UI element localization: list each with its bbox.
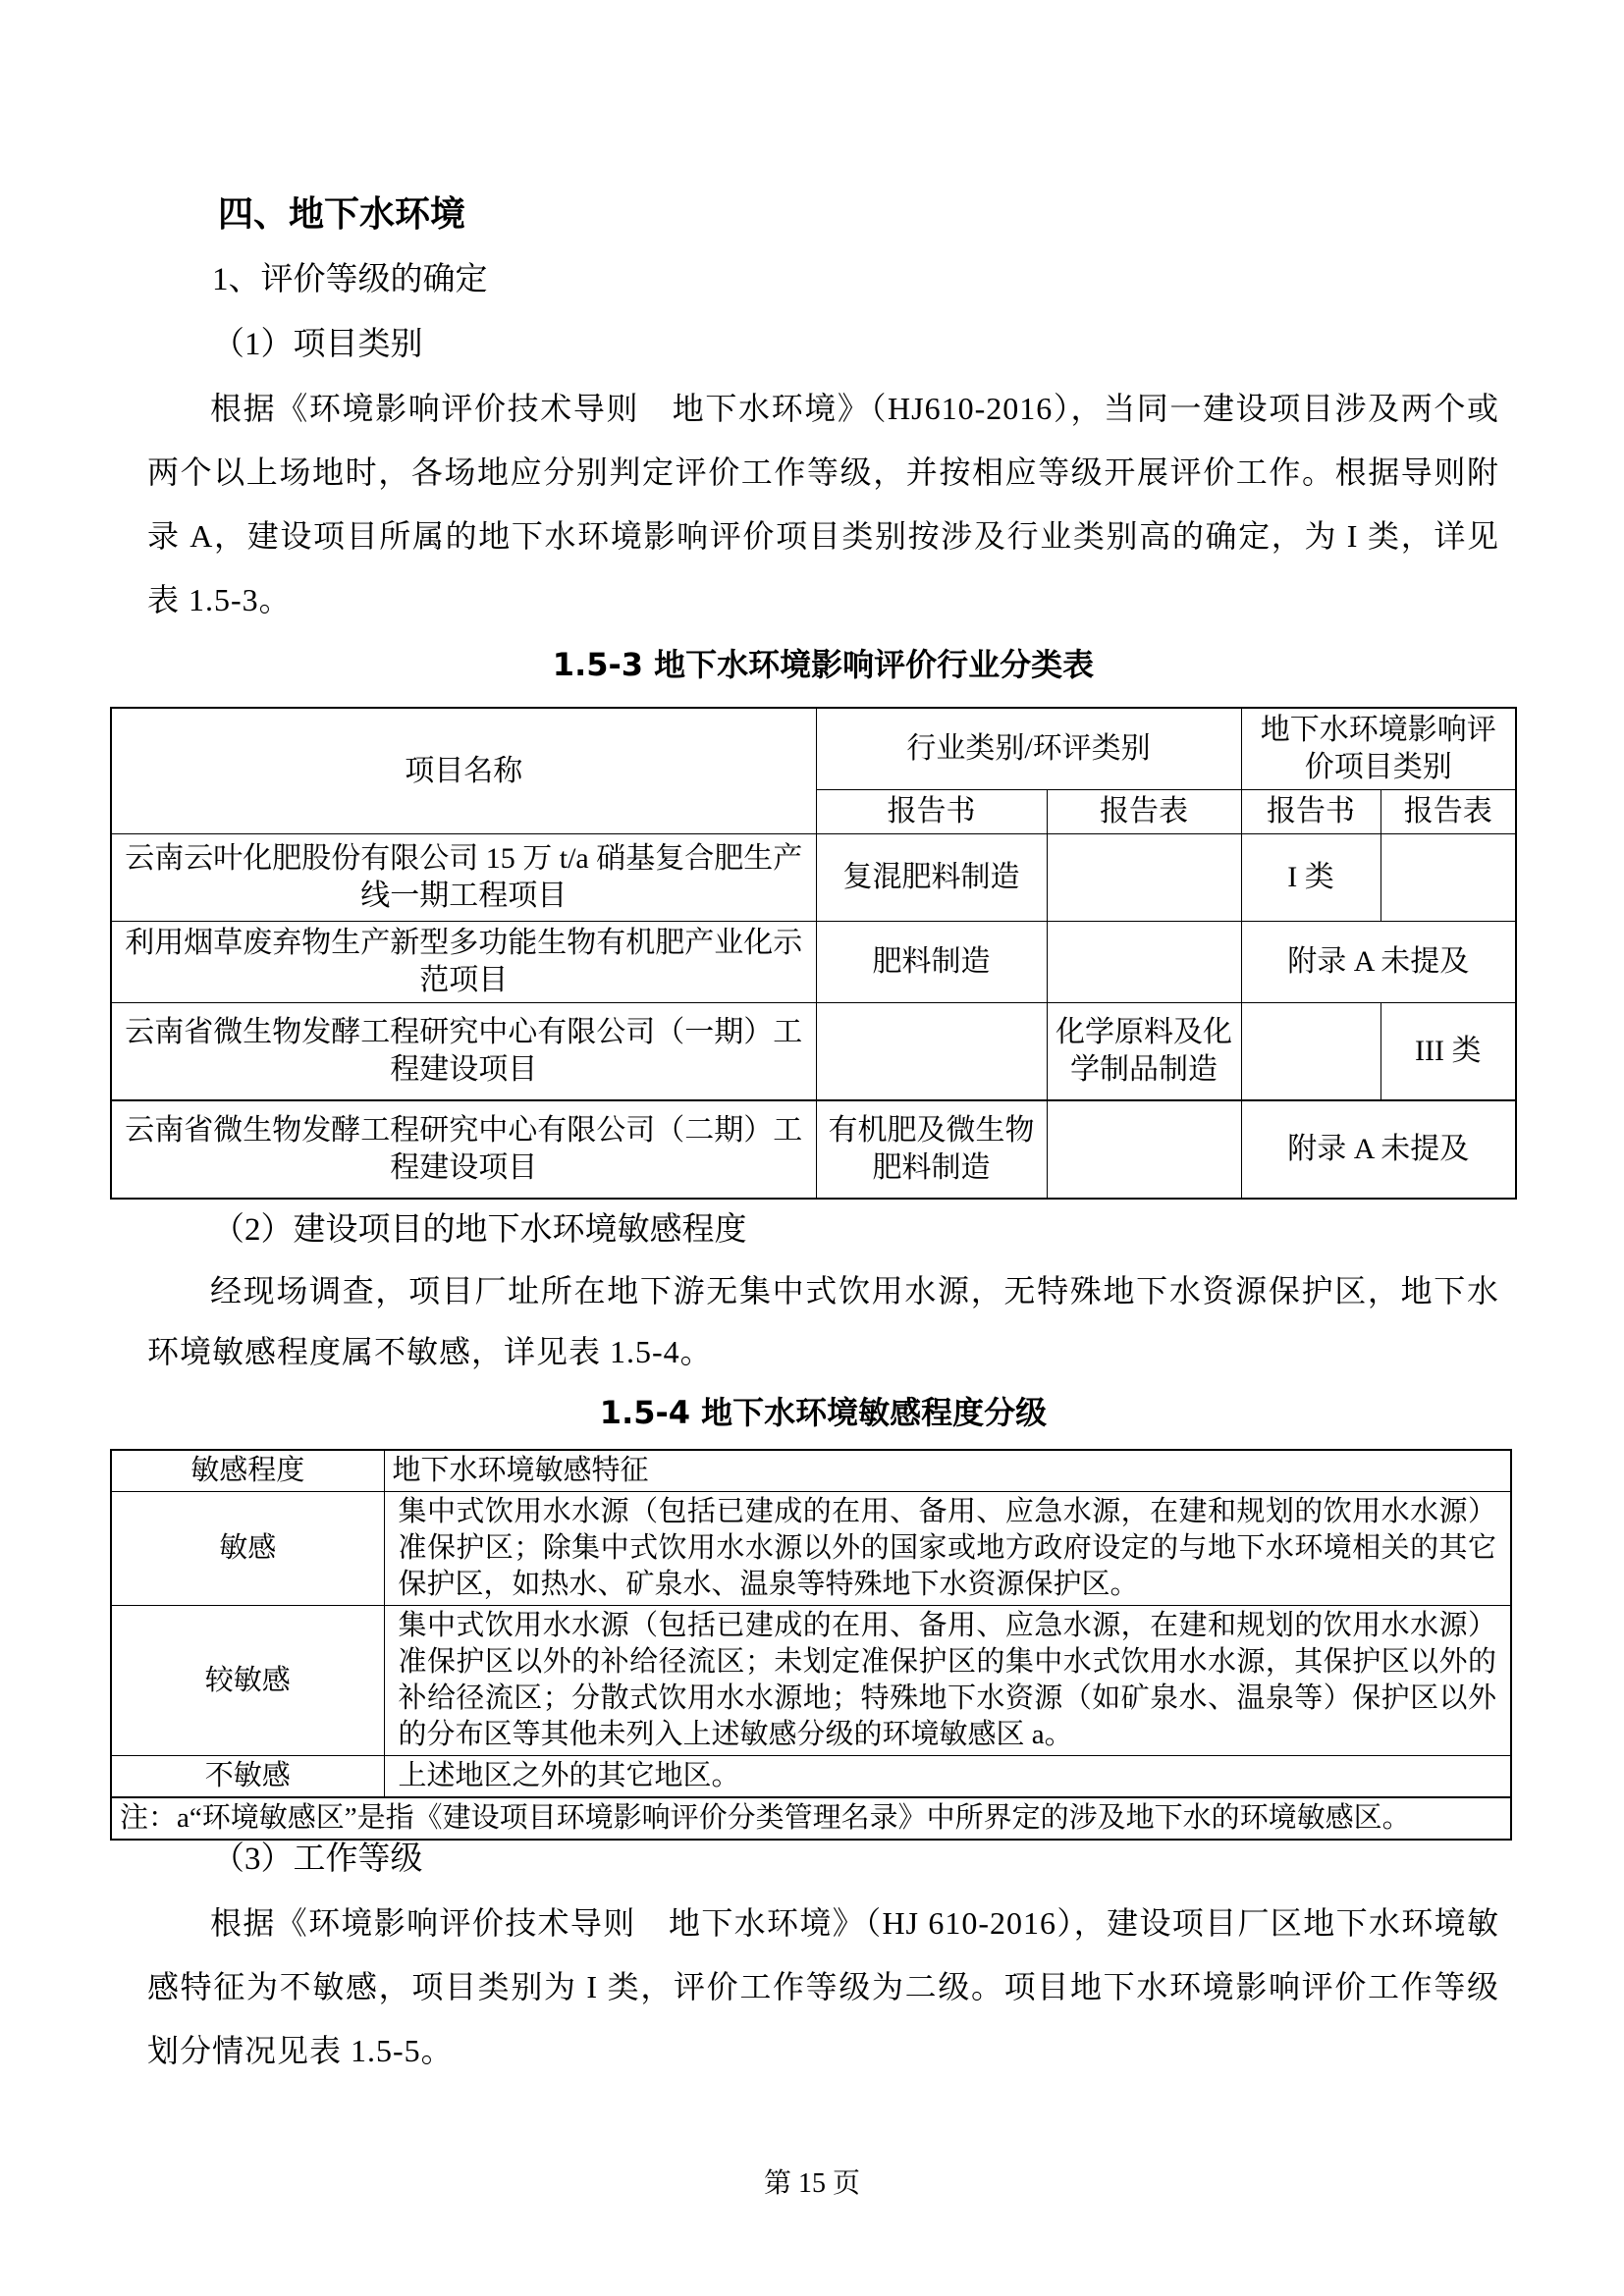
cell-project-name: 云南省微生物发酵工程研究中心有限公司（一期）工程建设项目	[111, 1003, 816, 1101]
subheader-cell-report-form: 报告表	[1047, 790, 1241, 834]
table-row: 云南省微生物发酵工程研究中心有限公司（二期）工程建设项目 有机肥及微生物肥料制造…	[111, 1100, 1516, 1199]
table-header-row: 敏感程度 地下水环境敏感特征	[111, 1450, 1511, 1492]
cell-degree: 敏感	[111, 1492, 384, 1606]
cell-industry-form	[1047, 922, 1241, 1003]
cell-project-name: 利用烟草废弃物生产新型多功能生物有机肥产业化示范项目	[111, 922, 816, 1003]
paragraph-project-category: 根据《环境影响评价技术导则 地下水环境》（HJ610-2016），当同一建设项目…	[147, 377, 1499, 632]
sensitivity-grading-table: 敏感程度 地下水环境敏感特征 敏感 集中式饮用水水源（包括已建成的在用、备用、应…	[110, 1449, 1512, 1841]
cell-industry-form: 化学原料及化学制品制造	[1047, 1003, 1241, 1101]
table-row: 较敏感 集中式饮用水水源（包括已建成的在用、备用、应急水源，在建和规划的饮用水水…	[111, 1606, 1511, 1756]
table-row: 敏感 集中式饮用水水源（包括已建成的在用、备用、应急水源，在建和规划的饮用水水源…	[111, 1492, 1511, 1606]
subheader-cell-report-form: 报告表	[1380, 790, 1516, 834]
table-row: 云南省微生物发酵工程研究中心有限公司（一期）工程建设项目 化学原料及化学制品制造…	[111, 1003, 1516, 1101]
header-cell-industry-category: 行业类别/环评类别	[816, 708, 1241, 790]
cell-groundwater-merged: 附录 A 未提及	[1241, 1100, 1516, 1199]
header-cell-sensitivity-degree: 敏感程度	[111, 1450, 384, 1492]
cell-groundwater-form: III 类	[1380, 1003, 1516, 1101]
document-page: 四、地下水环境 1、评价等级的确定 （1）项目类别 根据《环境影响评价技术导则 …	[0, 0, 1624, 2296]
cell-industry-book: 肥料制造	[816, 922, 1047, 1003]
table-row: 利用烟草废弃物生产新型多功能生物有机肥产业化示范项目 肥料制造 附录 A 未提及	[111, 922, 1516, 1003]
cell-project-name: 云南云叶化肥股份有限公司 15 万 t/a 硝基复合肥生产线一期工程项目	[111, 834, 816, 922]
item-heading-sensitivity: （2）建设项目的地下水环境敏感程度	[147, 1200, 1499, 1260]
header-cell-groundwater-category: 地下水环境影响评价项目类别	[1241, 708, 1516, 790]
header-cell-sensitivity-feature: 地下水环境敏感特征	[384, 1450, 1511, 1492]
sensitivity-section: （2）建设项目的地下水环境敏感程度 经现场调查，项目厂址所在地下游无集中式饮用水…	[147, 1200, 1499, 1443]
table-2-title: 1.5-4 地下水环境敏感程度分级	[147, 1382, 1499, 1443]
subheader-cell-report-book: 报告书	[1241, 790, 1380, 834]
subheader-cell-report-book: 报告书	[816, 790, 1047, 834]
document-content: 四、地下水环境 1、评价等级的确定 （1）项目类别 根据《环境影响评价技术导则 …	[0, 0, 1624, 2083]
cell-degree: 较敏感	[111, 1606, 384, 1756]
table-row: 云南云叶化肥股份有限公司 15 万 t/a 硝基复合肥生产线一期工程项目 复混肥…	[111, 834, 1516, 922]
cell-feature: 集中式饮用水水源（包括已建成的在用、备用、应急水源，在建和规划的饮用水水源）准保…	[384, 1606, 1511, 1756]
table-row: 不敏感 上述地区之外的其它地区。	[111, 1756, 1511, 1798]
cell-industry-form	[1047, 834, 1241, 922]
table-1-title: 1.5-3 地下水环境影响评价行业分类表	[147, 632, 1499, 697]
section-heading: 四、地下水环境	[147, 183, 1499, 247]
item-heading-project-category: （1）项目类别	[147, 312, 1499, 377]
cell-industry-book: 复混肥料制造	[816, 834, 1047, 922]
industry-classification-table: 项目名称 行业类别/环评类别 地下水环境影响评价项目类别 报告书 报告表 报告书…	[110, 707, 1517, 1200]
page-number: 第 15 页	[0, 2164, 1624, 2204]
cell-groundwater-book: I 类	[1241, 834, 1380, 922]
cell-groundwater-merged: 附录 A 未提及	[1241, 922, 1516, 1003]
table-header-row: 项目名称 行业类别/环评类别 地下水环境影响评价项目类别	[111, 708, 1516, 790]
paragraph-work-level: 根据《环境影响评价技术导则 地下水环境》（HJ 610-2016），建设项目厂区…	[147, 1892, 1499, 2083]
cell-industry-book	[816, 1003, 1047, 1101]
cell-project-name: 云南省微生物发酵工程研究中心有限公司（二期）工程建设项目	[111, 1100, 816, 1199]
cell-feature: 集中式饮用水水源（包括已建成的在用、备用、应急水源，在建和规划的饮用水水源）准保…	[384, 1492, 1511, 1606]
cell-groundwater-book	[1241, 1003, 1380, 1101]
cell-industry-form	[1047, 1100, 1241, 1199]
subsection-heading: 1、评价等级的确定	[147, 247, 1499, 312]
cell-groundwater-form	[1380, 834, 1516, 922]
paragraph-sensitivity: 经现场调查，项目厂址所在地下游无集中式饮用水源，无特殊地下水资源保护区，地下水环…	[147, 1260, 1499, 1382]
cell-feature: 上述地区之外的其它地区。	[384, 1756, 1511, 1798]
cell-degree: 不敏感	[111, 1756, 384, 1798]
cell-industry-book: 有机肥及微生物肥料制造	[816, 1100, 1047, 1199]
header-cell-project-name: 项目名称	[111, 708, 816, 834]
